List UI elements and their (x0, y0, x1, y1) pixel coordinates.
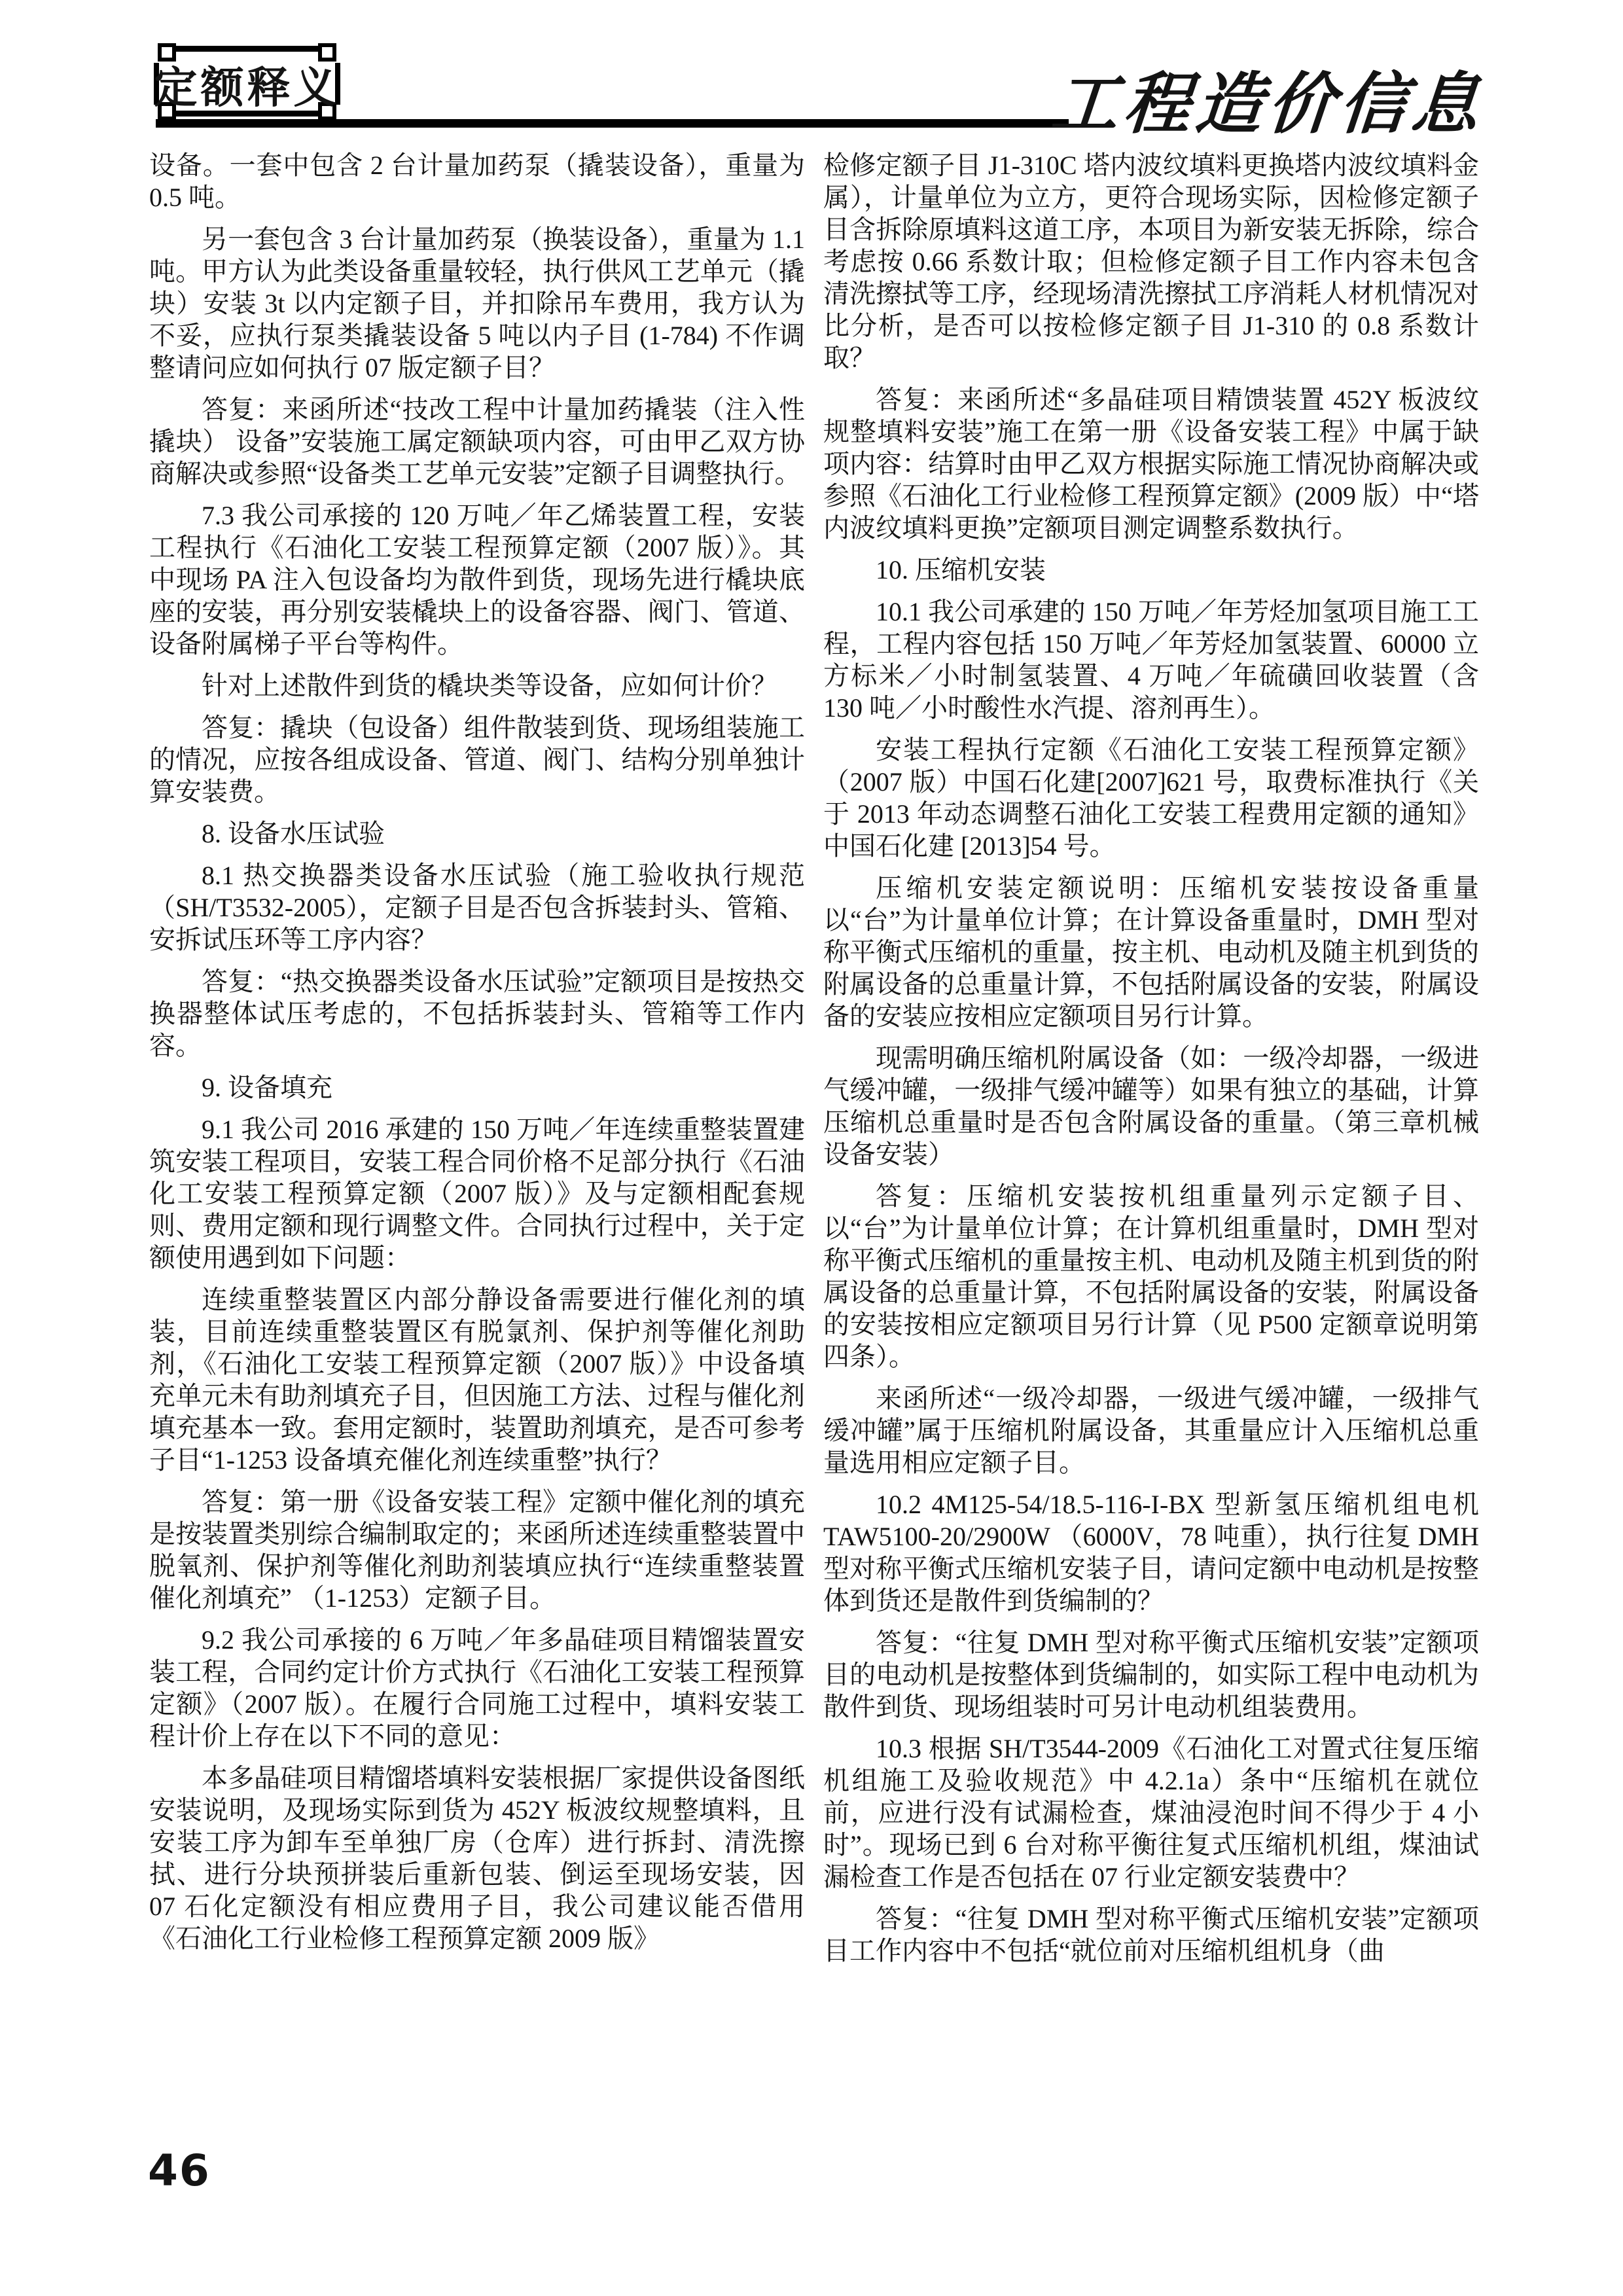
paragraph: 7.3 我公司承接的 120 万吨／年乙烯装置工程，安装工程执行《石油化工安装工… (149, 499, 805, 660)
paragraph: 答复：压缩机安装按机组重量列示定额子目、以“台”为计量单位计算；在计算机组重量时… (823, 1180, 1479, 1372)
paragraph: 9.2 我公司承接的 6 万吨／年多晶硅项目精馏装置安装工程，合同约定计价方式执… (149, 1624, 805, 1752)
paragraph: 答复：“热交换器类设备水压试验”定额项目是按热交换器整体试压考虑的，不包括拆装封… (149, 965, 805, 1062)
paragraph: 9.1 我公司 2016 承建的 150 万吨／年连续重整装置建筑安装工程项目，… (149, 1113, 805, 1274)
magazine-page: 定额释义 工程造价信息 设备。一套中包含 2 台计量加药泵（撬装设备），重量为 … (0, 0, 1623, 2296)
paragraph: 连续重整装置区内部分静设备需要进行催化剂的填装，目前连续重整装置区有脱氯剂、保护… (149, 1283, 805, 1476)
section-badge-label: 定额释义 (154, 52, 340, 115)
paragraph: 检修定额子目 J1-310C 塔内波纹填料更换塔内波纹填料金属），计量单位为立方… (823, 149, 1479, 374)
paragraph: 答复：来函所述“多晶硅项目精馈装置 452Y 板波纹规整填料安装”施工在第一册《… (823, 384, 1479, 544)
paragraph: 答复：“往复 DMH 型对称平衡式压缩机安装”定额项目工作内容中不包括“就位前对… (823, 1903, 1479, 1967)
paragraph: 现需明确压缩机附属设备（如：一级冷却器，一级进气缓冲罐，一级排气缓冲罐等）如果有… (823, 1042, 1479, 1170)
paragraph: 9. 设备填充 (149, 1071, 805, 1103)
paragraph: 针对上述散件到货的橇块类等设备，应如何计价？ (149, 670, 805, 702)
paragraph: 答复：“往复 DMH 型对称平衡式压缩机安装”定额项目的电动机是按整体到货编制的… (823, 1626, 1479, 1723)
masthead-title: 工程造价信息 (1048, 51, 1489, 147)
paragraph: 8.1 热交换器类设备水压试验（施工验收执行规范（SH/T3532-2005），… (149, 859, 805, 956)
left-text-column: 设备。一套中包含 2 台计量加药泵（撬装设备），重量为 0.5 吨。另一套包含 … (149, 149, 805, 1964)
right-text-column: 检修定额子目 J1-310C 塔内波纹填料更换塔内波纹填料金属），计量单位为立方… (823, 149, 1479, 1977)
paragraph: 8. 设备水压试验 (149, 817, 805, 850)
section-badge: 定额释义 (154, 46, 340, 117)
paragraph: 另一套包含 3 台计量加药泵（换装设备），重量为 1.1 吨。甲方认为此类设备重… (149, 223, 805, 384)
header-divider (156, 119, 1069, 128)
paragraph: 10.1 我公司承建的 150 万吨／年芳烃加氢项目施工工程，工程内容包括 15… (823, 596, 1479, 724)
paragraph: 10. 压缩机安装 (823, 554, 1479, 586)
paragraph: 设备。一套中包含 2 台计量加药泵（撬装设备），重量为 0.5 吨。 (149, 149, 805, 213)
paragraph: 压缩机安装定额说明：压缩机安装按设备重量以“台”为计量单位计算；在计算设备重量时… (823, 872, 1479, 1032)
paragraph: 10.3 根据 SH/T3544-2009《石油化工对置式往复压缩机组施工及验收… (823, 1732, 1479, 1893)
paragraph: 来函所述“一级冷却器，一级进气缓冲罐，一级排气缓冲罐”属于压缩机附属设备，其重量… (823, 1382, 1479, 1479)
paragraph: 本多晶硅项目精馏塔填料安装根据厂家提供设备图纸安装说明，及现场实际到货为 452… (149, 1762, 805, 1954)
paragraph: 安装工程执行定额《石油化工安装工程预算定额》（2007 版）中国石化建[2007… (823, 734, 1479, 862)
page-number: 46 (148, 2145, 211, 2196)
paragraph: 答复：撬块（包设备）组件散装到货、现场组装施工的情况，应按各组成设备、管道、阀门… (149, 711, 805, 808)
badge-frame-top-bar (169, 46, 325, 52)
paragraph: 10.2 4M125-54/18.5-116-I-BX 型新氢压缩机组电机 TA… (823, 1488, 1479, 1617)
paragraph: 答复：第一册《设备安装工程》定额中催化剂的填充是按装置类别综合编制取定的；来函所… (149, 1486, 805, 1614)
paragraph: 答复：来函所述“技改工程中计量加药撬装（注入性撬块） 设备”安装施工属定额缺项内… (149, 393, 805, 490)
